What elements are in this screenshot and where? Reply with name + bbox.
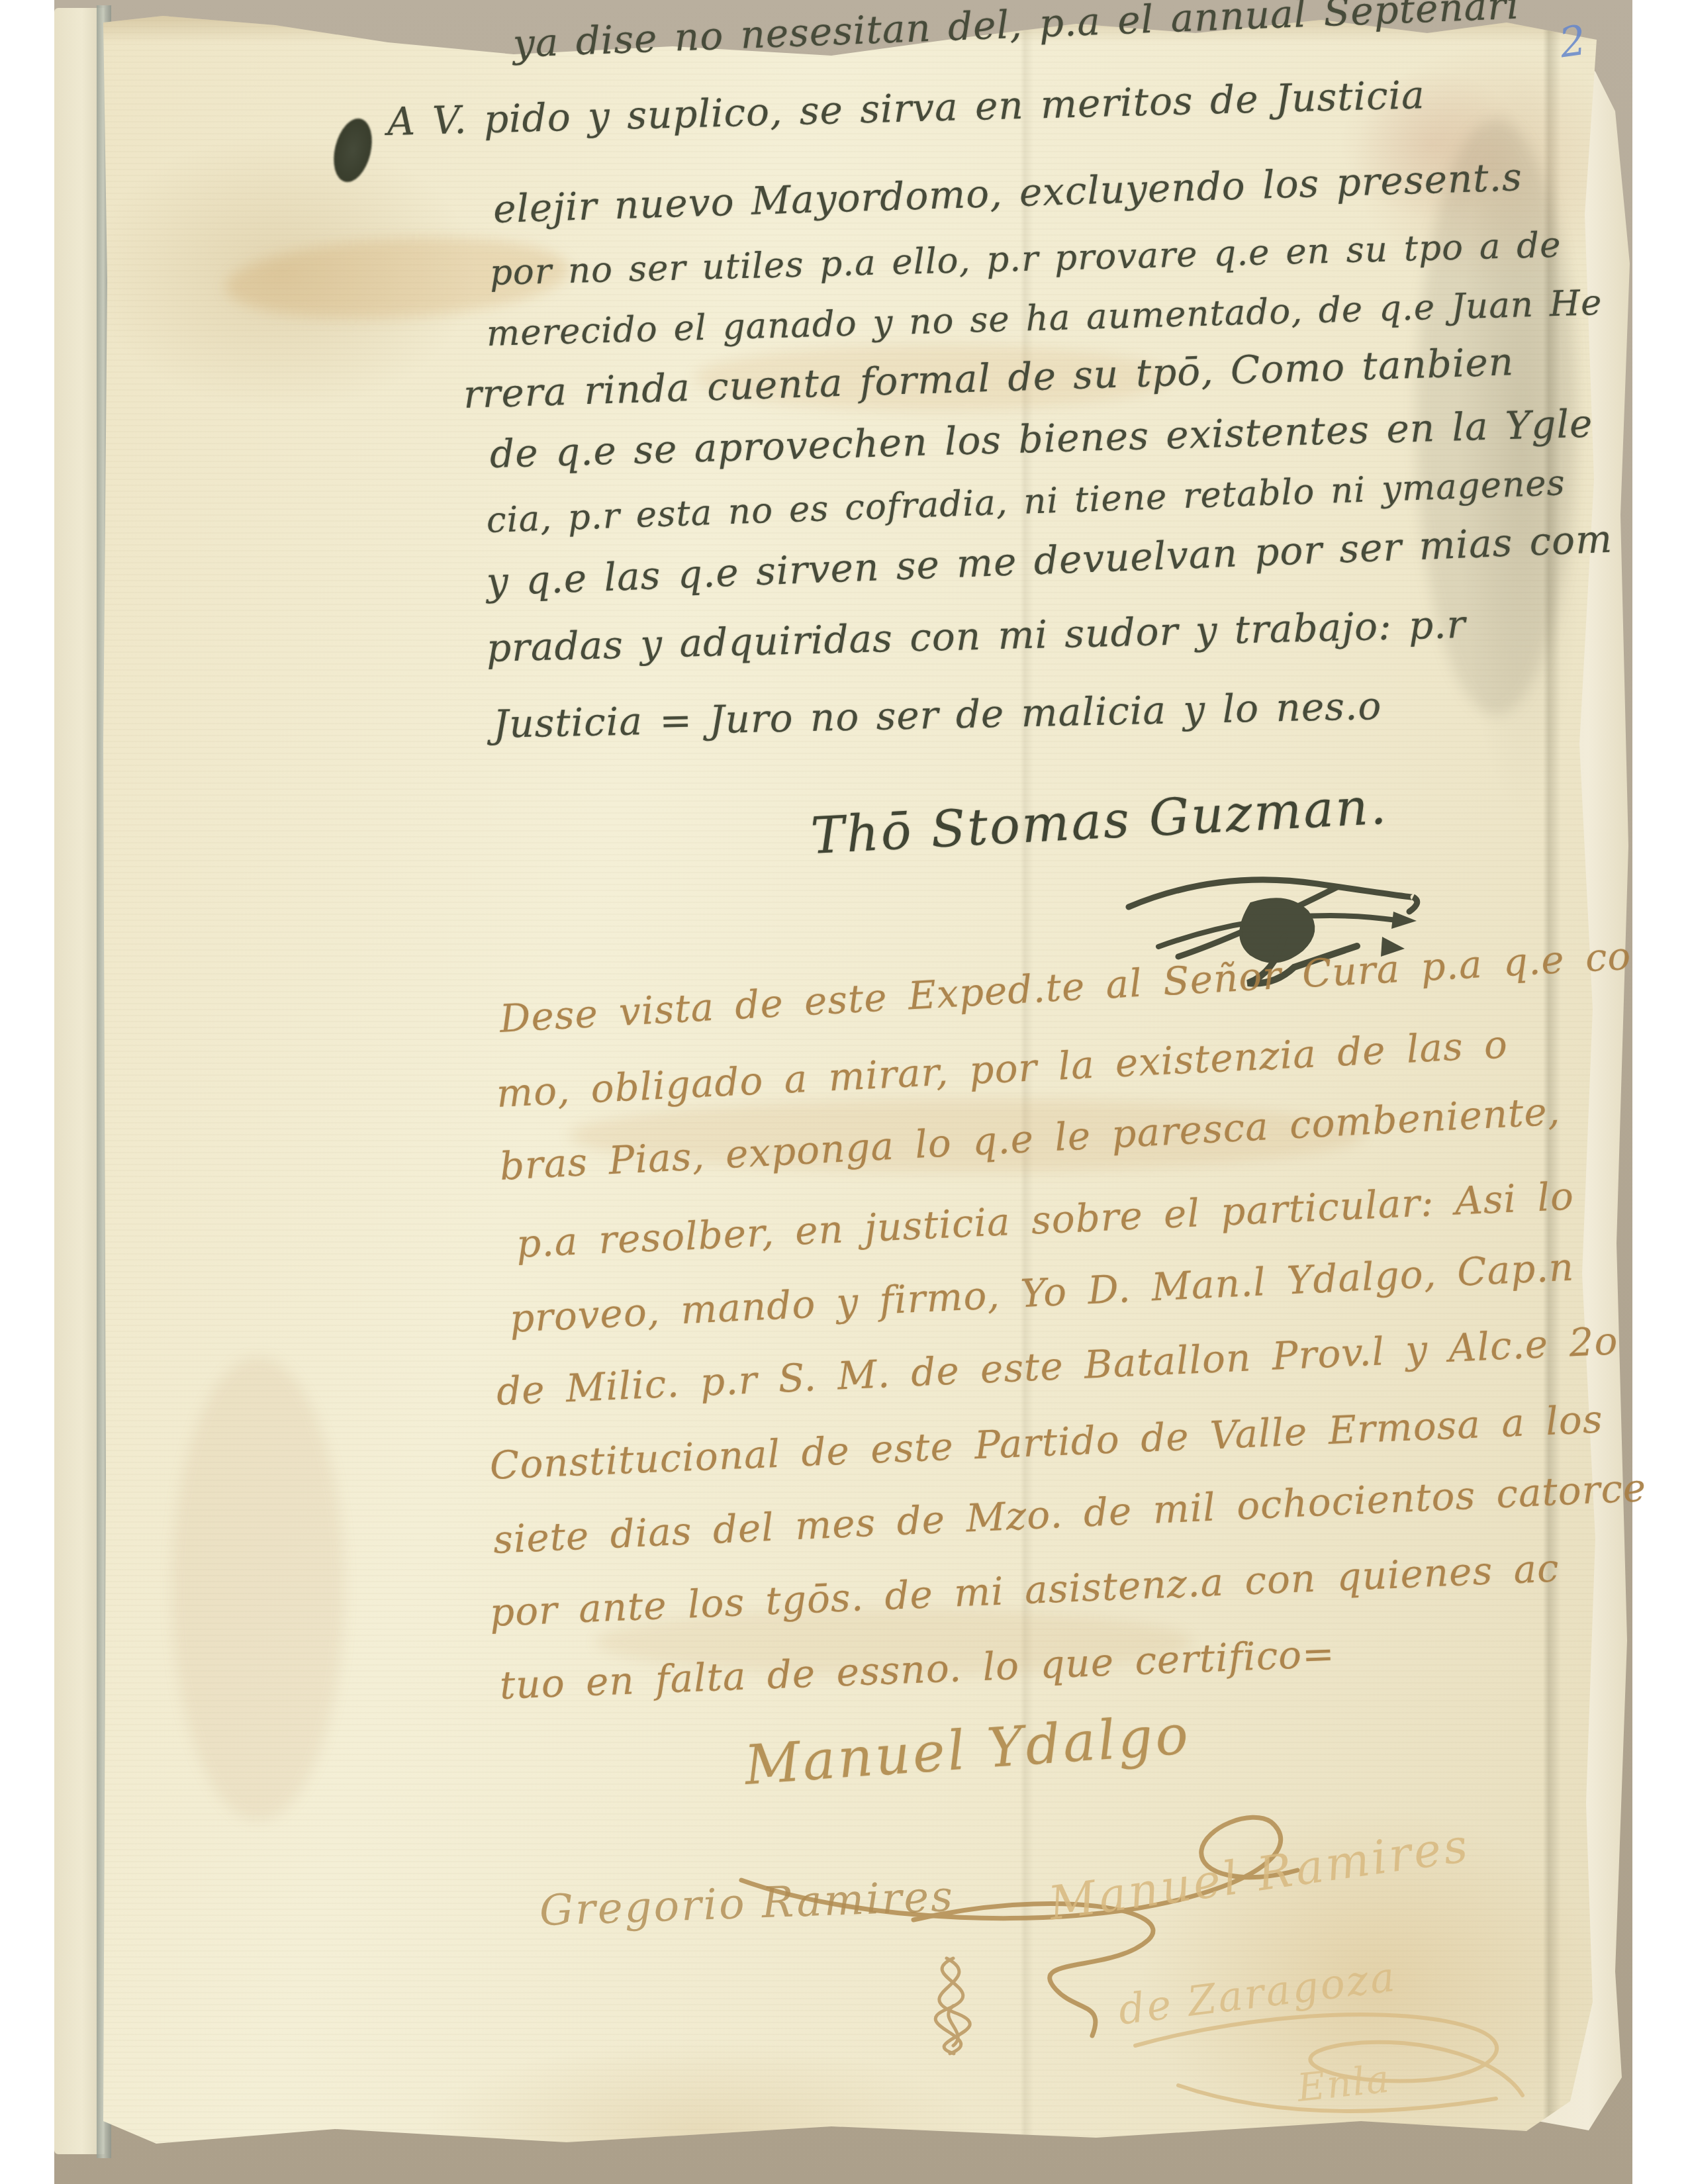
ink-bleedthrough <box>172 1357 344 1821</box>
manuscript-scan: 2 ya dise no nesesitan del, p.a el annua… <box>0 0 1688 2184</box>
signature-rubric <box>897 1953 1009 2059</box>
